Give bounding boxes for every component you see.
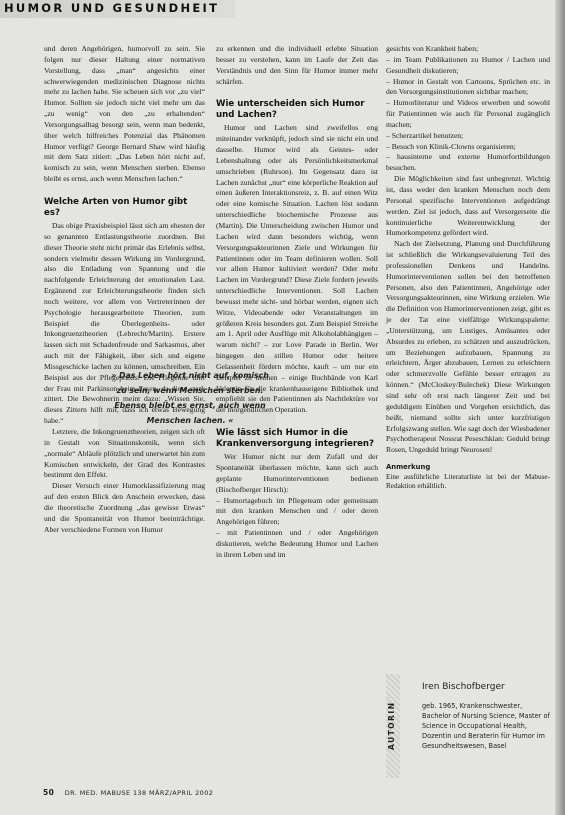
author-label-strip: AUTORIN (386, 674, 400, 778)
pull-quote: » Das Leben hört nicht auf, komisch zu s… (110, 368, 270, 428)
author-name: Iren Bischofberger (422, 682, 505, 692)
list-item: gesichts von Krankheit haben; (386, 44, 550, 55)
column-2: zu erkennen und die individuell erlebte … (216, 44, 378, 561)
list-item: – Besuch von Klinik-Clowns organisieren; (386, 142, 550, 153)
author-bio: geb. 1965, Krankenschwester, Bachelor of… (422, 701, 552, 751)
list-item: – Humorliteratur und Videos erwerben und… (386, 98, 550, 131)
header-band: HUMOR UND GESUNDHEIT (0, 0, 235, 18)
list-item: – im Team Publikationen zu Humor / Lache… (386, 55, 550, 77)
paragraph: Nach der Zielsetzung, Planung und Durchf… (386, 239, 550, 456)
column-1: und deren Angehörigen, humorvoll zu sein… (44, 44, 205, 535)
author-label: AUTORIN (387, 702, 396, 751)
running-head: HUMOR UND GESUNDHEIT (4, 1, 219, 15)
note-text: Eine ausführliche Literaturliste ist bei… (386, 473, 550, 492)
section-heading: Welche Arten von Humor gibt es? (44, 197, 205, 219)
paragraph: zu erkennen und die individuell erlebte … (216, 44, 378, 87)
paragraph: Letztere, die Inkongruenztheorien, zeige… (44, 427, 205, 481)
paragraph: und deren Angehörigen, humorvoll zu sein… (44, 44, 205, 185)
author-box: AUTORIN Iren Bischofberger geb. 1965, Kr… (386, 672, 556, 782)
list-item: – mit Patientinnen und / oder Angehörige… (216, 528, 378, 561)
note-title: Anmerkung (386, 462, 550, 473)
list-item: – Humortagebuch im Pflegeteam oder gemei… (216, 496, 378, 529)
publication-info: DR. MED. MABUSE 138 MÄRZ/APRIL 2002 (65, 789, 214, 797)
list-item: – hausinterne und externe Humorfortbildu… (386, 152, 550, 174)
list-item: – Scherzartikel benutzen; (386, 131, 550, 142)
paragraph: Wer Humor nicht nur dem Zufall und der S… (216, 452, 378, 495)
page-number: 50 (43, 788, 54, 797)
paragraph: Die Möglichkeiten sind fast unbegrenzt. … (386, 174, 550, 239)
section-heading: Wie unterscheiden sich Humor und Lachen? (216, 99, 378, 121)
list-item: – Humor in Gestalt von Cartoons, Sprüche… (386, 77, 550, 99)
paragraph: Dieser Versuch einer Humorklassifizierun… (44, 481, 205, 535)
section-heading: Wie lässt sich Humor in die Krankenverso… (216, 428, 378, 450)
page-footer: 50 DR. MED. MABUSE 138 MÄRZ/APRIL 2002 (43, 788, 213, 797)
column-3: gesichts von Krankheit haben; – im Team … (386, 44, 550, 492)
page-edge-shadow (555, 0, 565, 815)
